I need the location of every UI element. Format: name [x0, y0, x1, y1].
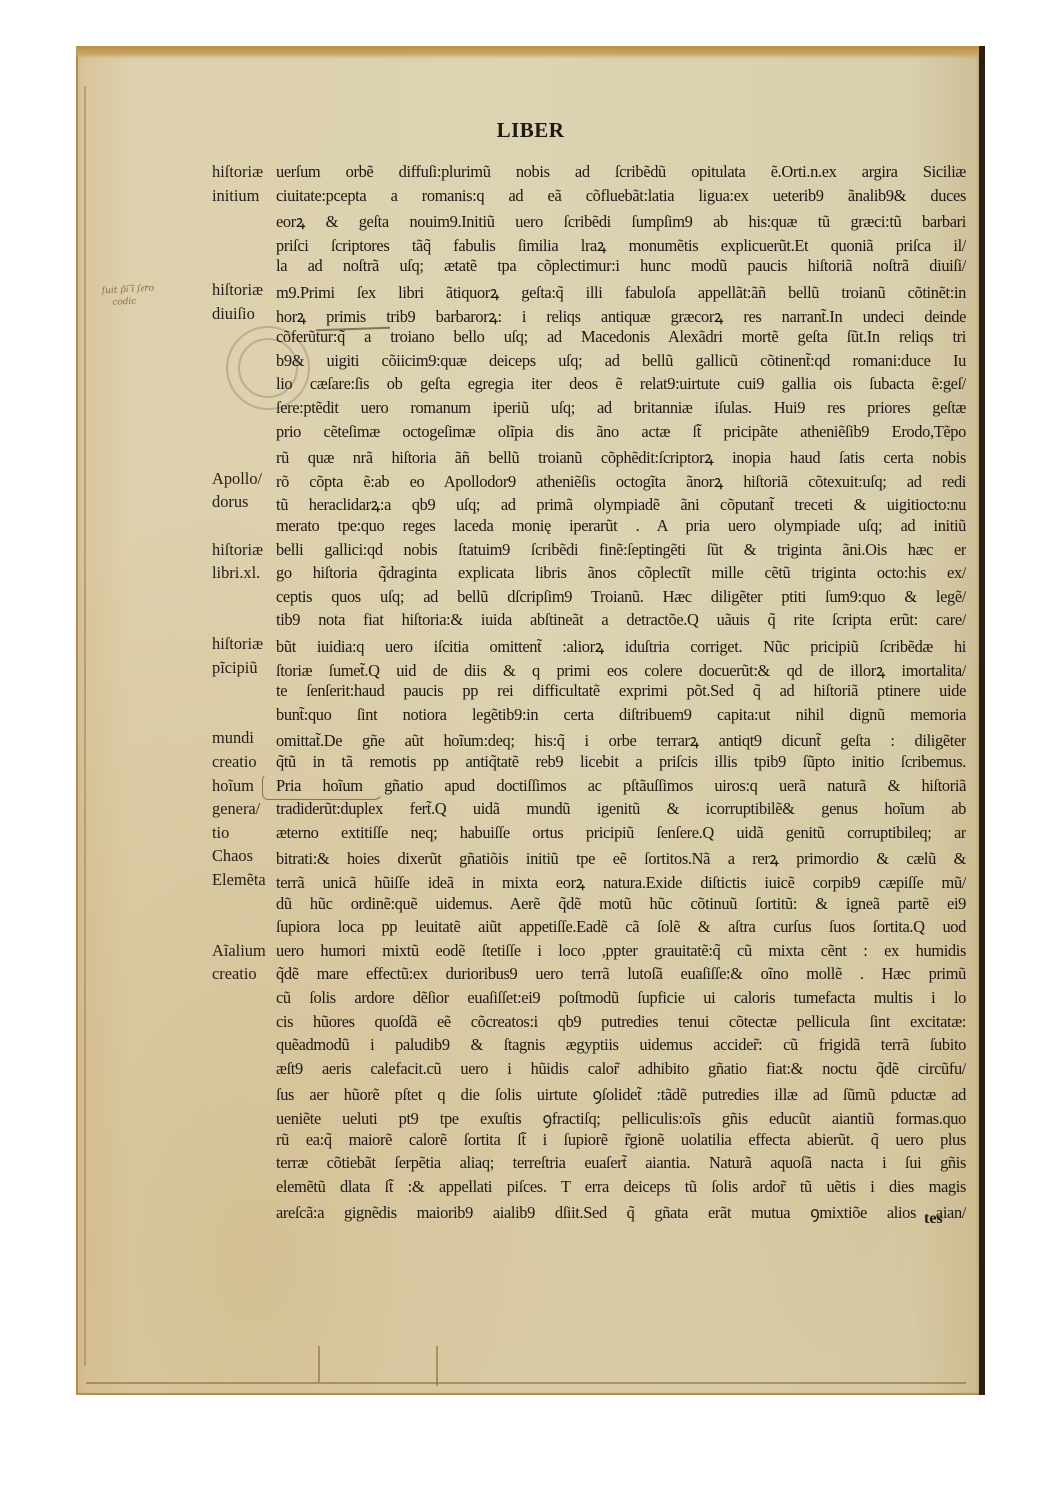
margin-note: pĩcipiũ: [212, 658, 258, 678]
text-line: ſupiora loca pp leuitatẽ aiũt appetiſſe.…: [276, 917, 966, 937]
text-line: æſt9 aeris calefacit.cũ uero i hũidis ca…: [276, 1059, 966, 1079]
text-line: eorꝝ & geſta nouim9.Initiũ uero ſcribẽdi…: [276, 209, 966, 232]
text-line: b9& uigiti cõiicim9:quæ deiceps uſq; ad …: [276, 351, 966, 371]
text-line: areſcã:a gignẽdis maiorib9 aialib9 dſiit…: [276, 1200, 966, 1223]
text-line: bitrati:& hoies dixerũt gñatiõis initiũ …: [276, 846, 966, 869]
stain-mark: [86, 1382, 966, 1384]
handwritten-annotation: ſuit p̃i͞ ī ſe͞ro codic: [101, 283, 155, 310]
text-line: quẽadmodũ i paludib9 & ſtagnis ægyptiis …: [276, 1035, 966, 1055]
margin-note: genera/: [212, 799, 260, 819]
margin-note: dorus: [212, 492, 248, 512]
text-line: priſci ſcriptores tãq̃ fabulis ſimilia l…: [276, 233, 966, 256]
margin-note: mundi: [212, 728, 254, 748]
text-line: rũ ea:q̃ maiorẽ calorẽ ſortita ſt̃ i ſup…: [276, 1130, 966, 1150]
page-fold-line: [84, 86, 86, 1366]
margin-note: Elemẽta: [212, 870, 266, 890]
text-line: elemẽtũ dlata ſt̃ :& appellati piſces. T…: [276, 1177, 966, 1197]
text-line: ſtoriæ ſumet̃.Q uid de diis & q primi eo…: [276, 658, 966, 681]
text-line: la ad noſtrã uſq; ætatẽ tpa cõplectimur:…: [276, 256, 966, 276]
text-line: horꝝ primis trib9 barbarorꝝ: i reliqs an…: [276, 304, 966, 327]
text-line: prio cẽteſimæ octogeſimæ olĩpia dis ãno …: [276, 422, 966, 442]
text-line: ſus aer hũorẽ pſtet q die ſolis uirtute …: [276, 1082, 966, 1105]
margin-note: hiſtoriæ: [212, 162, 263, 182]
text-line: lio cæſare:ſis ob geſta egregia iter deo…: [276, 374, 966, 394]
text-line: tib9 nota fiat hiſtoria:& iuida abſtineã…: [276, 610, 966, 630]
margin-note: creatio: [212, 964, 257, 984]
text-line: dũ hũc ordinẽ:quẽ uidemus. Aerẽ q̃dẽ mot…: [276, 894, 966, 914]
margin-note: hiſtoriæ: [212, 634, 263, 654]
text-line: ciuitate:pcepta a romanis:q ad eã cõflue…: [276, 186, 966, 206]
text-line: belli gallici:qd nobis ſtatuim9 ſcribẽdi…: [276, 540, 966, 560]
page-binding-edge: [979, 46, 985, 1395]
catchword: tes: [924, 1210, 943, 1228]
text-line: tũ heraclidarꝝ:a qb9 uſq; ad primã olymp…: [276, 492, 966, 515]
text-line: terrã unicã hũiſſe ideã in mixta eorꝝ na…: [276, 870, 966, 893]
margin-note: tio: [212, 823, 229, 843]
margin-note: hiſtoriæ: [212, 540, 263, 560]
margin-note: Apollo/: [212, 469, 262, 489]
text-line: q̃tũ in tã remotis pp antiq̃tatẽ reb9 li…: [276, 752, 966, 772]
text-line: uero humori mixtũ eodẽ ſtetiſſe i loco ,…: [276, 941, 966, 961]
margin-note: initium: [212, 186, 259, 206]
text-line: q̃dẽ mare effectũ:ex durioribus9 uero te…: [276, 964, 966, 984]
text-line: go hiſtoria q̃draginta explicata libris …: [276, 563, 966, 583]
text-line: ſere:ptẽdit uero romanum iperiũ uſq; ad …: [276, 398, 966, 418]
text-line: terræ cõtiebãt ſerpẽtia aliaq; terreſtri…: [276, 1153, 966, 1173]
margin-note: diuiſio: [212, 304, 255, 324]
manuscript-page: LIBER ſuit p̃i͞ ī ſe͞ro codic hiſtoriæin…: [76, 46, 985, 1395]
text-line: omittat̃.De gñe aũt hoĩum:deq; his:q̃ i …: [276, 728, 966, 751]
text-line: tradiderũt:duplex fert̃.Q uidã mundũ ige…: [276, 799, 966, 819]
running-head: LIBER: [76, 118, 985, 143]
margin-note: hoĩum: [212, 776, 254, 796]
margin-note: Aĩalium: [212, 941, 266, 961]
text-line: m9.Primi ſex libri ãtiquorꝝ geſta:q̃ ill…: [276, 280, 966, 303]
text-line: merato tpe:quo reges laceda monię iperar…: [276, 516, 966, 536]
text-line: cõferũtur:q̃ a troiano bello uſq; ad Mac…: [276, 327, 966, 347]
margin-note: libri.xl.: [212, 563, 260, 583]
text-line: rõ cõpta ẽ:ab eo Apollodor9 atheniẽſis o…: [276, 469, 966, 492]
stain-mark: [436, 1346, 438, 1386]
text-line: ueniẽte ueluti pt9 tpe exuſtis ꝯfractiſq…: [276, 1106, 966, 1129]
text-line: cis hũores quoſdã eẽ cõcreatos:i qb9 put…: [276, 1012, 966, 1032]
text-line: rũ quæ nrã hiſtoria ãñ bellũ troianũ cõp…: [276, 445, 966, 468]
stain-mark: [318, 1346, 320, 1382]
margin-note: creatio: [212, 752, 257, 772]
text-line: cũ ſolis ardore dẽſior euaſiſſet:ei9 poſ…: [276, 988, 966, 1008]
text-line: æterno extitiſſe neq; habuiſſe ortus pri…: [276, 823, 966, 843]
text-line: uerſum orbẽ diffuſi:plurimũ nobis ad ſcr…: [276, 162, 966, 182]
page-top-edge: [76, 46, 985, 58]
text-line: Pria hoĩum gñatio apud doctiſſimos ac pſ…: [276, 776, 966, 796]
text-line: ceptis quos uſq; ad bellũ dſcripſim9 Tro…: [276, 587, 966, 607]
text-line: te ſenſerit:haud paucis pp rei difficult…: [276, 681, 966, 701]
text-line: bũt iuidia:q uero iſcitia omittent̃ :ali…: [276, 634, 966, 657]
margin-note: Chaos: [212, 846, 253, 866]
text-line: bunt̃:quo ſint notiora legẽtib9:in certa…: [276, 705, 966, 725]
margin-note: hiſtoriæ: [212, 280, 263, 300]
